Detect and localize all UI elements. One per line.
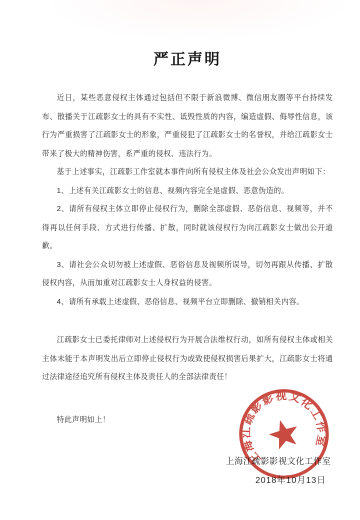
statement-opening-paragraph: 近日，某些恶意侵权主体通过包括但不限于新浪微博、微信朋友圈等平台持续发布、散播关… <box>42 89 333 163</box>
statement-final-note: 特此声明如上！ <box>42 411 333 430</box>
statement-closing-paragraph: 江疏影女士已委托律师对上述侵权行为开展合法维权行动，如所有侵权主体或相关主体未能… <box>42 331 333 387</box>
statement-basis-paragraph: 基于上述事实，江疏影工作室就本事件向所有侵权主体及社会公众发出声明如下： <box>42 163 333 182</box>
statement-page: 严正声明 近日，某些恶意侵权主体通过包括但不限于新浪微博、微信朋友圈等平台持续发… <box>0 0 360 520</box>
statement-item-1: 1、上述有关江疏影女士的信息、视频内容完全是虚假、恶意伪造的。 <box>42 182 333 201</box>
date-line: 2018年10月13日 <box>42 474 333 486</box>
statement-title: 严正声明 <box>42 48 333 69</box>
signature-block: 上海江疏影影视文化工作室 2018年10月13日 <box>42 455 333 486</box>
statement-item-3: 3、请社会公众切勿被上述虚假、恶俗信息及视频所误导，切勿再跟从传播、扩散侵权内容… <box>42 256 333 293</box>
signature-line: 上海江疏影影视文化工作室 <box>42 455 333 467</box>
statement-item-4: 4、请所有承载上述虚假、恶俗信息、视频平台立即删除、撤销相关内容。 <box>42 293 333 312</box>
statement-item-2: 2、请所有侵权主体立即停止侵权行为，删除全部虚假、恶俗信息、视频等，并不得再以任… <box>42 200 333 256</box>
